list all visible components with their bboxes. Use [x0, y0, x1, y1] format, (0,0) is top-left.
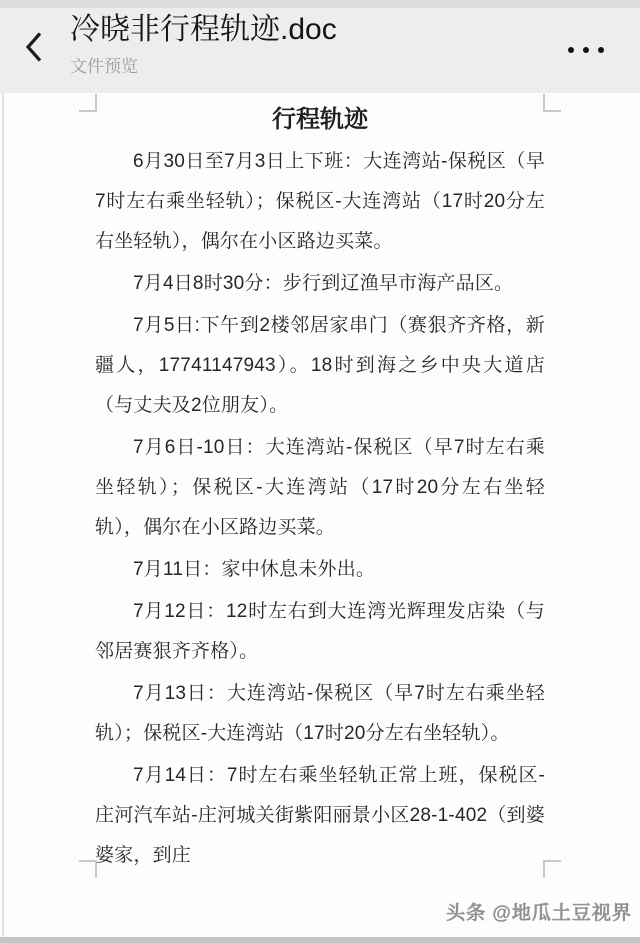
document-paragraph: 7月6日-10日：大连湾站-保税区（早7时左右乘坐轻轨）；保税区-大连湾站（17…: [95, 428, 545, 548]
more-button[interactable]: [560, 34, 612, 66]
document-paragraph: 7月13日：大连湾站-保税区（早7时左右乘坐轻轨）；保税区-大连湾站（17时20…: [95, 674, 545, 754]
document-paragraph: 7月4日8时30分：步行到辽渔早市海产品区。: [95, 264, 545, 304]
text-boundary-mark-bottom-right: [543, 860, 561, 878]
ellipsis-icon: [598, 47, 604, 53]
top-edge-strip: [0, 0, 640, 8]
ellipsis-icon: [583, 47, 589, 53]
file-title: 冷晓非行程轨迹.doc: [70, 10, 530, 50]
document-paragraph: 7月5日:下午到2楼邻居家串门（赛狠齐齐格，新疆人，17741147943）。1…: [95, 306, 545, 426]
document-paragraph: 7月12日：12时左右到大连湾光辉理发店染（与邻居赛狠齐齐格）。: [95, 592, 545, 672]
left-edge-line: [2, 93, 4, 937]
back-button[interactable]: [14, 24, 54, 70]
header-titles: 冷晓非行程轨迹.doc 文件预览: [70, 10, 530, 78]
watermark: 头条 @地瓜土豆视界: [446, 901, 632, 927]
document-page: 行程轨迹 6月30日至7月3日上下班：大连湾站-保税区（早7时左右乘坐轻轨）；保…: [0, 93, 640, 943]
ellipsis-icon: [568, 47, 574, 53]
document-paragraph: 6月30日至7月3日上下班：大连湾站-保税区（早7时左右乘坐轻轨）；保税区-大连…: [95, 142, 545, 262]
document-title: 行程轨迹: [95, 100, 545, 140]
document-paragraph: 7月11日：家中休息未外出。: [95, 550, 545, 590]
chevron-left-icon: [25, 31, 43, 63]
text-boundary-mark-top-right: [543, 94, 561, 112]
header-bar: 冷晓非行程轨迹.doc 文件预览: [0, 0, 640, 93]
file-preview-label: 文件预览: [70, 56, 530, 78]
file-preview-screen: 冷晓非行程轨迹.doc 文件预览 行程轨迹 6月30日至7月3日上下班：大连湾站…: [0, 0, 640, 943]
document-paragraph: 7月14日：7时左右乘坐轻轨正常上班，保税区-庄河汽车站-庄河城关街紫阳丽景小区…: [95, 756, 545, 876]
bottom-edge-strip: [0, 937, 640, 943]
document-body: 行程轨迹 6月30日至7月3日上下班：大连湾站-保税区（早7时左右乘坐轻轨）；保…: [95, 100, 545, 876]
